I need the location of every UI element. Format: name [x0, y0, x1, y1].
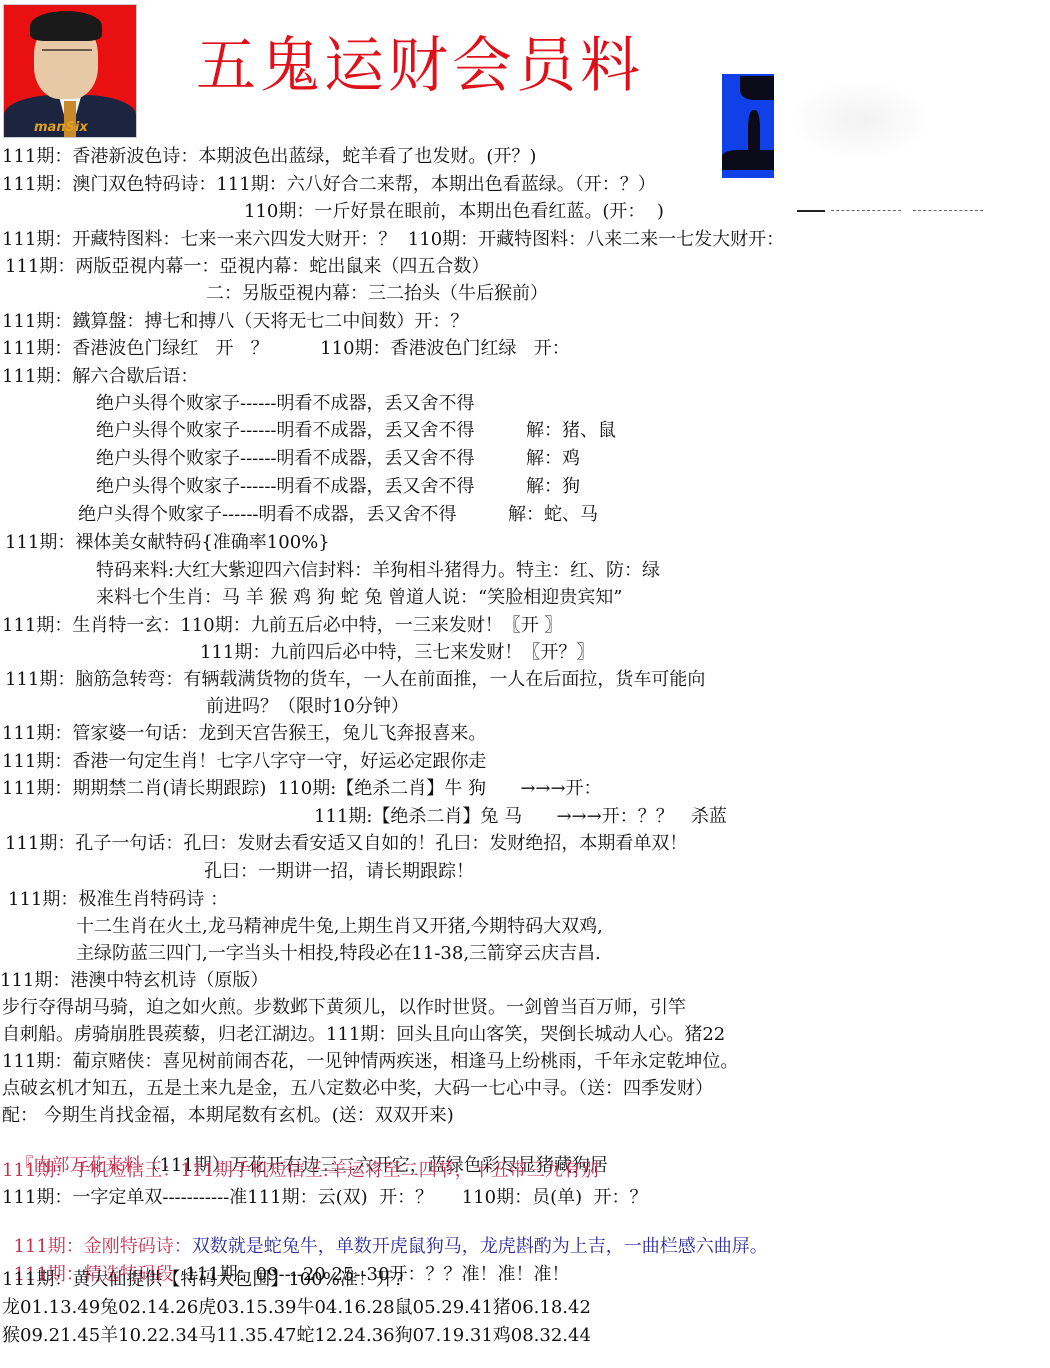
divider-dots-1 — [831, 210, 901, 211]
line-zodiac-poem-1: 十二生肖在火土,龙马精神虎牛兔,上期生肖又开猪,今期特码大双鸡, — [76, 916, 603, 938]
line-riddle-2: 绝户头得个败家子------明看不成器，丢又舍不得 解：猪、鼠 — [96, 420, 616, 442]
line-zodiac-special-110: 111期：生肖特一玄：110期：九前五后必中特，一三来发财！〖开 〗 — [2, 615, 562, 637]
page-title: 五鬼运财会员料 — [196, 36, 644, 96]
faded-image-placeholder — [790, 80, 930, 160]
line-riddle-5: 绝户头得个败家子------明看不成器，丢又舍不得 解：蛇、马 — [78, 504, 598, 526]
line-confucius-word-cont: 孔曰：一期讲一招，请长期跟踪！ — [204, 861, 474, 883]
line-lisboa-gambler: 111期：葡京赌侠：喜见树前闹杏花，一见钟情两疾迷，相逢马上纷桃雨，千年永定乾坤… — [2, 1051, 738, 1073]
line-mystery-poem-1: 步行夺得胡马骑，迫之如火煎。步数邺下黄须儿，以作时世贤。一剑曾当百万师，引竿 — [2, 997, 686, 1019]
line-big-surround: 111期：黄大仙提供【特码大包围】100%准！开? — [2, 1269, 403, 1291]
line-hk-one-zodiac: 111期：香港一句定生肖！七字八字守一守，好运必定跟你走 — [2, 751, 486, 773]
line-atv-insider-2: 二：另版亞視内幕：三二抬头（牛后猴前） — [206, 283, 548, 305]
line-brain-teaser-cont: 前进吗？（限时10分钟） — [206, 696, 409, 718]
line-atv-insider-1: 111期：两版亞視内幕一：亞視内幕：蛇出鼠来（四五合数） — [5, 256, 489, 278]
line-sms-king: 111期：手机短信王：111期手机短信王:羊运将至二四节，十五带三九有别 — [2, 1160, 599, 1182]
member-portrait-photo: manSix — [3, 4, 137, 138]
photo-glasses — [42, 49, 92, 59]
line-macau-color-poem-110: 110期：一斤好景在眼前，本期出色看红蓝。(开： ) — [244, 201, 664, 223]
line-zodiac-poem-2: 主绿防蓝三四门,一字当头十相投,特段必在11-38,三箭穿云庆吉昌. — [76, 943, 601, 965]
blue-logo-image — [722, 74, 774, 178]
line-hk-wave-gate: 111期：香港波色门绿红 开 ？ 110期：香港波色门红绿 开： — [2, 338, 570, 360]
line-odd-even: 111期：一字定单双-----------准111期：云(双) 开：？ 110期… — [2, 1187, 648, 1209]
line-special-code-source: 特码来料:大红大紫迎四六信封料：羊狗相斗猪得力。特主：红、防：绿 — [96, 560, 660, 582]
divider-solid — [797, 210, 825, 212]
line-mystery-poem-2: 自刺船。虏骑崩胜畏蒺藜，归老江湖边。111期：回头且向山客笑，哭倒长城动人心。猪… — [2, 1024, 725, 1046]
line-lisboa-gambler-cont: 点破玄机才知五，五是土来九是金，五八定数必中奖，大码一七心中寻。（送：四季发财） — [2, 1078, 713, 1100]
line-riddle-3: 绝户头得个败家子------明看不成器，丢又舍不得 解：鸡 — [96, 448, 580, 470]
line-zodiac-numbers-1: 龙01.13.49兔02.14.26虎03.15.39牛04.16.28鼠05.… — [2, 1297, 591, 1319]
dashed-divider — [797, 210, 987, 212]
line-kaicang-chart: 111期：开藏特图料：七来一来六四发大财开：？ 110期：开藏特图料：八来二来一… — [2, 229, 784, 251]
photo-hair — [30, 11, 102, 41]
line-iron-abacus: 111期：鐵算盤：搏七和搏八（天将无七二中间数）开：？ — [2, 311, 468, 333]
line-riddle-1: 绝户头得个败家子------明看不成器，丢又舍不得 — [96, 393, 475, 415]
line-mystery-poem-heading: 111期：港澳中特玄机诗（原版） — [0, 970, 268, 992]
line-banned-two-zodiacs-111: 111期:【绝杀二肖】兔 马 →→→开：？？ 杀蓝 — [314, 806, 727, 828]
line-zodiac-special-111: 111期：九前四后必中特，三七来发财！〖开？〗 — [200, 642, 594, 664]
photo-brand-text: manSix — [34, 120, 88, 135]
line-confucius-word: 111期：孔子一句话：孔曰：发财去看安适又自如的！孔曰：发财绝招，本期看单双！ — [5, 833, 687, 855]
line-banned-two-zodiacs: 111期：期期禁二肖(请长期跟踪) 110期:【绝杀二肖】牛 狗 →→→开： — [2, 778, 602, 800]
line-riddle-4: 绝户头得个败家子------明看不成器，丢又舍不得 解：狗 — [96, 476, 580, 498]
line-seven-zodiacs: 来料七个生肖：马 羊 猴 鸡 狗 蛇 兔 曾道人说：“笑脸相迎贵宾知” — [96, 587, 622, 609]
line-special-code-100: 111期：裸体美女献特码{准确率100%} — [5, 532, 330, 554]
logo-shape-top — [740, 76, 774, 100]
line-pairing: 配： 今期生肖找金福，本期尾数有玄机。(送：双双开来) — [2, 1105, 454, 1127]
line-macau-color-poem: 111期：澳门双色特码诗：111期：六八好合二来帮，本期出色看蓝绿。（开：？） — [2, 174, 656, 196]
line-housekeeper-word: 111期：管家婆一句话：龙到天宫告猴王，兔儿飞奔报喜来。 — [2, 723, 486, 745]
line-brain-teaser: 111期：脑筋急转弯：有辆载满货物的货车，一人在前面推，一人在后面拉，货车可能向 — [5, 669, 705, 691]
logo-shape-bottom — [722, 150, 774, 170]
line-riddle-heading: 111期：解六合歇后语： — [2, 366, 198, 388]
logo-shape-mid — [748, 110, 760, 154]
line-zodiac-numbers-2: 猴09.21.45羊10.22.34马11.35.47蛇12.24.36狗07.… — [2, 1325, 591, 1347]
divider-dots-2 — [913, 210, 983, 211]
line-hk-wave-color-poem: 111期：香港新波色诗：本期波色出蓝绿，蛇羊看了也发财。(开？) — [2, 146, 536, 168]
line-zodiac-poem-heading: 111期：极准生肖特码诗 ： — [8, 889, 228, 911]
